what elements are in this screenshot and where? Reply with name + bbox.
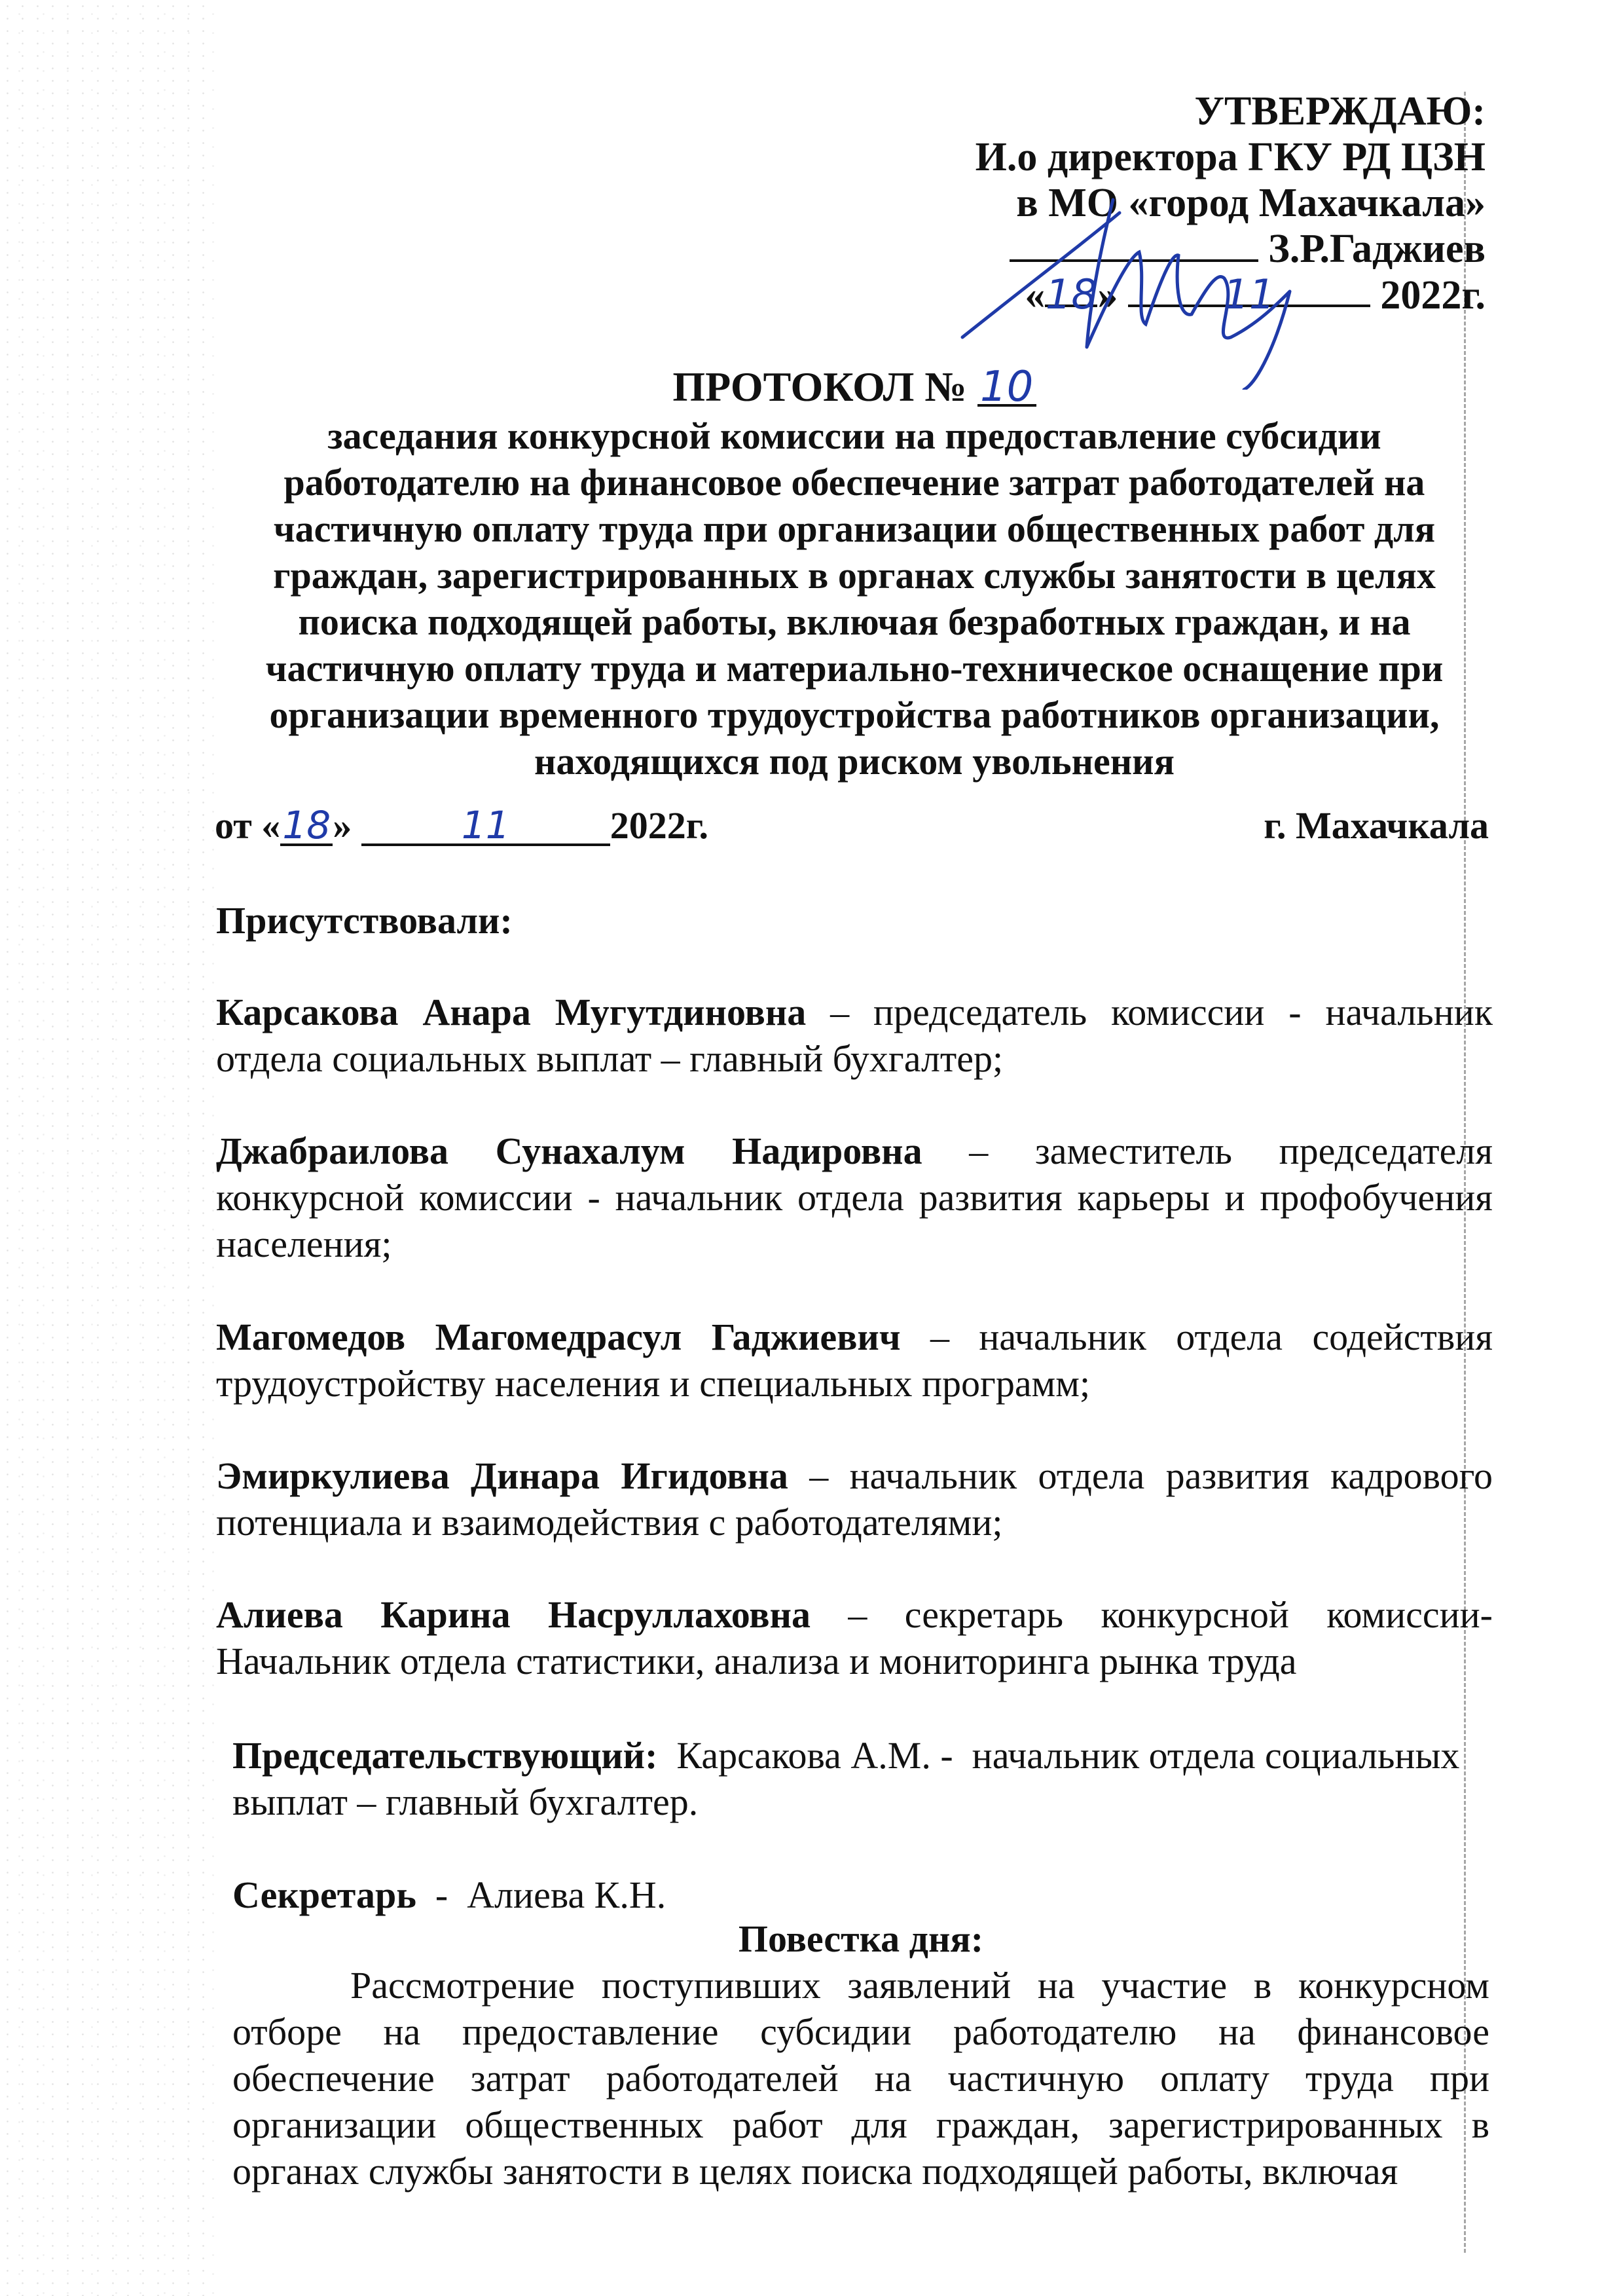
meeting-date-row: от «18» 112022г. г. Махачкала (215, 800, 1489, 847)
approval-year: 2022г. (1380, 273, 1486, 318)
protocol-title-prefix: ПРОТОКОЛ № (672, 363, 966, 410)
secretary-value: - Алиева К.Н. (416, 1874, 666, 1916)
protocol-title: ПРОТОКОЛ № 10 (216, 363, 1493, 410)
protocol-subtitle-line: граждан, зарегистрированных в органах сл… (216, 552, 1493, 599)
meeting-year: 2022г. (610, 804, 708, 847)
protocol-subtitle-line: заседания конкурсной комиссии на предост… (216, 413, 1493, 459)
signature-icon (949, 174, 1342, 390)
attendee-4: Алиева Карина Насруллаховна – секретарь … (216, 1591, 1493, 1684)
meeting-day-handwritten: 18 (282, 803, 331, 847)
protocol-number: 10 (980, 363, 1033, 411)
attendees-heading: Присутствовали: (216, 897, 1493, 944)
attendee-name: Эмиркулиева Динара Игидовна (216, 1454, 788, 1497)
protocol-subtitle-line: частичную оплату труда и материально-тех… (216, 645, 1493, 692)
attendees-heading-wrap: Присутствовали: (216, 897, 1493, 944)
scan-noise (0, 0, 216, 2296)
protocol-subtitle-line: поиска подходящей работы, включая безраб… (216, 599, 1493, 645)
attendee-name: Карсакова Анара Мугутдиновна (216, 991, 806, 1033)
protocol-title-block: ПРОТОКОЛ № 10 заседания конкурсной комис… (216, 363, 1493, 785)
attendee-2: Магомедов Магомедрасул Гаджиевич – начал… (216, 1314, 1493, 1407)
protocol-subtitle-line: находящихся под риском увольнения (216, 738, 1493, 785)
meeting-month-blank: 11 (361, 803, 610, 846)
protocol-subtitle-line: организации временного трудоустройства р… (216, 692, 1493, 738)
meeting-date: от «18» 112022г. (215, 803, 708, 847)
meeting-date-prefix: от « (215, 804, 280, 847)
attendee-3: Эмиркулиева Динара Игидовна – начальник … (216, 1453, 1493, 1546)
attendee-name: Магомедов Магомедрасул Гаджиевич (216, 1316, 901, 1358)
chair-label: Председательствующий: (232, 1734, 657, 1777)
protocol-subtitle-line: частичную оплату труда при организации о… (216, 506, 1493, 552)
meeting-city: г. Махачкала (1264, 804, 1489, 847)
protocol-subtitle-line: работодателю на финансовое обеспечение з… (216, 459, 1493, 506)
quote-close: » (333, 804, 352, 847)
document-page: УТВЕРЖДАЮ: И.о директора ГКУ РД ЦЗН в МО… (0, 0, 1623, 2296)
meeting-day-blank: 18 (280, 803, 333, 846)
secretary-label: Секретарь (232, 1874, 416, 1916)
attendee-0: Карсакова Анара Мугутдиновна – председат… (216, 989, 1493, 1082)
attendee-1: Джабраилова Сунахалум Надировна – замест… (216, 1128, 1493, 1267)
secretary-block: Секретарь - Алиева К.Н. (232, 1872, 1476, 1918)
attendee-name: Джабраилова Сунахалум Надировна (216, 1130, 922, 1172)
meeting-month-handwritten: 11 (462, 803, 510, 847)
agenda-heading: Повестка дня: (232, 1916, 1489, 1962)
approval-heading: УТВЕРЖДАЮ: (976, 88, 1486, 134)
attendee-name: Алиева Карина Насруллаховна (216, 1593, 811, 1636)
protocol-number-blank: 10 (977, 363, 1036, 407)
agenda-text: Рассмотрение поступивших заявлений на уч… (232, 1962, 1489, 2194)
agenda-block: Повестка дня: Рассмотрение поступивших з… (232, 1916, 1489, 2194)
chair-block: Председательствующий: Карсакова А.М. - н… (232, 1732, 1476, 1825)
